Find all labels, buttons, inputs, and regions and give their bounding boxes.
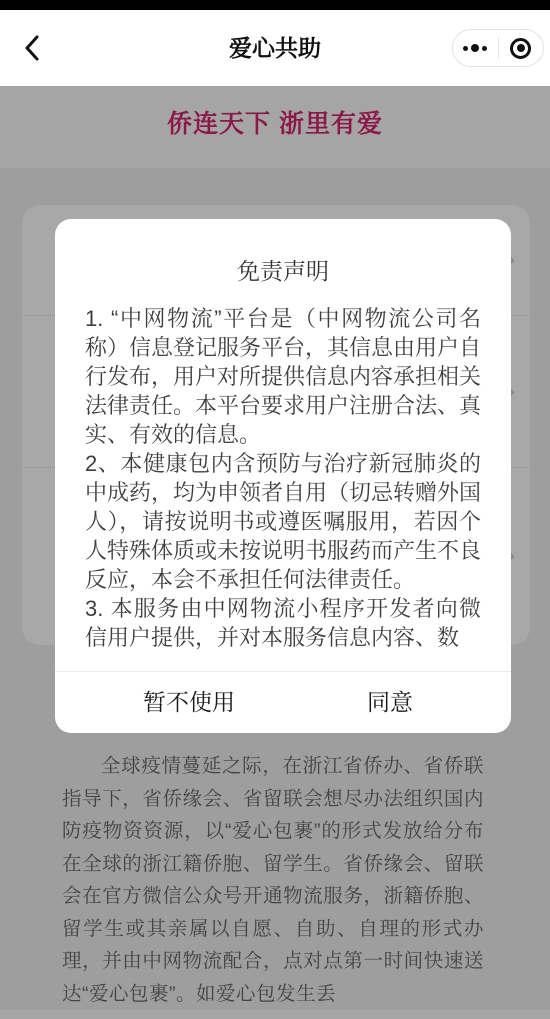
menu-button[interactable]: [453, 30, 498, 66]
dialog-footer: 暂不使用 同意: [55, 671, 511, 733]
dialog-paragraph: 3. 本服务由中网物流小程序开发者向微信用户提供，并对本服务信息内容、数: [85, 594, 481, 652]
disclaimer-dialog: 免责声明 1. “中网物流”平台是（中网物流公司名称）信息登记服务平台，其信息由…: [55, 219, 511, 733]
dialog-body[interactable]: 1. “中网物流”平台是（中网物流公司名称）信息登记服务平台，其信息由用户自行发…: [85, 304, 481, 668]
agree-button[interactable]: 同意: [367, 672, 413, 734]
dismiss-button[interactable]: 暂不使用: [143, 672, 235, 734]
navbar: 爱心共助: [0, 10, 550, 86]
status-bar: [0, 0, 550, 10]
dialog-paragraph: 2、本健康包内含预防与治疗新冠肺炎的中成药，均为申领者自用（切忌转赠外国人），请…: [85, 449, 481, 594]
dialog-title: 免责声明: [55, 253, 511, 286]
dialog-paragraph: 1. “中网物流”平台是（中网物流公司名称）信息登记服务平台，其信息由用户自行发…: [85, 304, 481, 449]
wechat-capsule: [452, 29, 544, 67]
exit-button[interactable]: [499, 30, 544, 66]
circle-dot-icon: [510, 38, 531, 59]
menu-dots-icon: [463, 44, 487, 52]
